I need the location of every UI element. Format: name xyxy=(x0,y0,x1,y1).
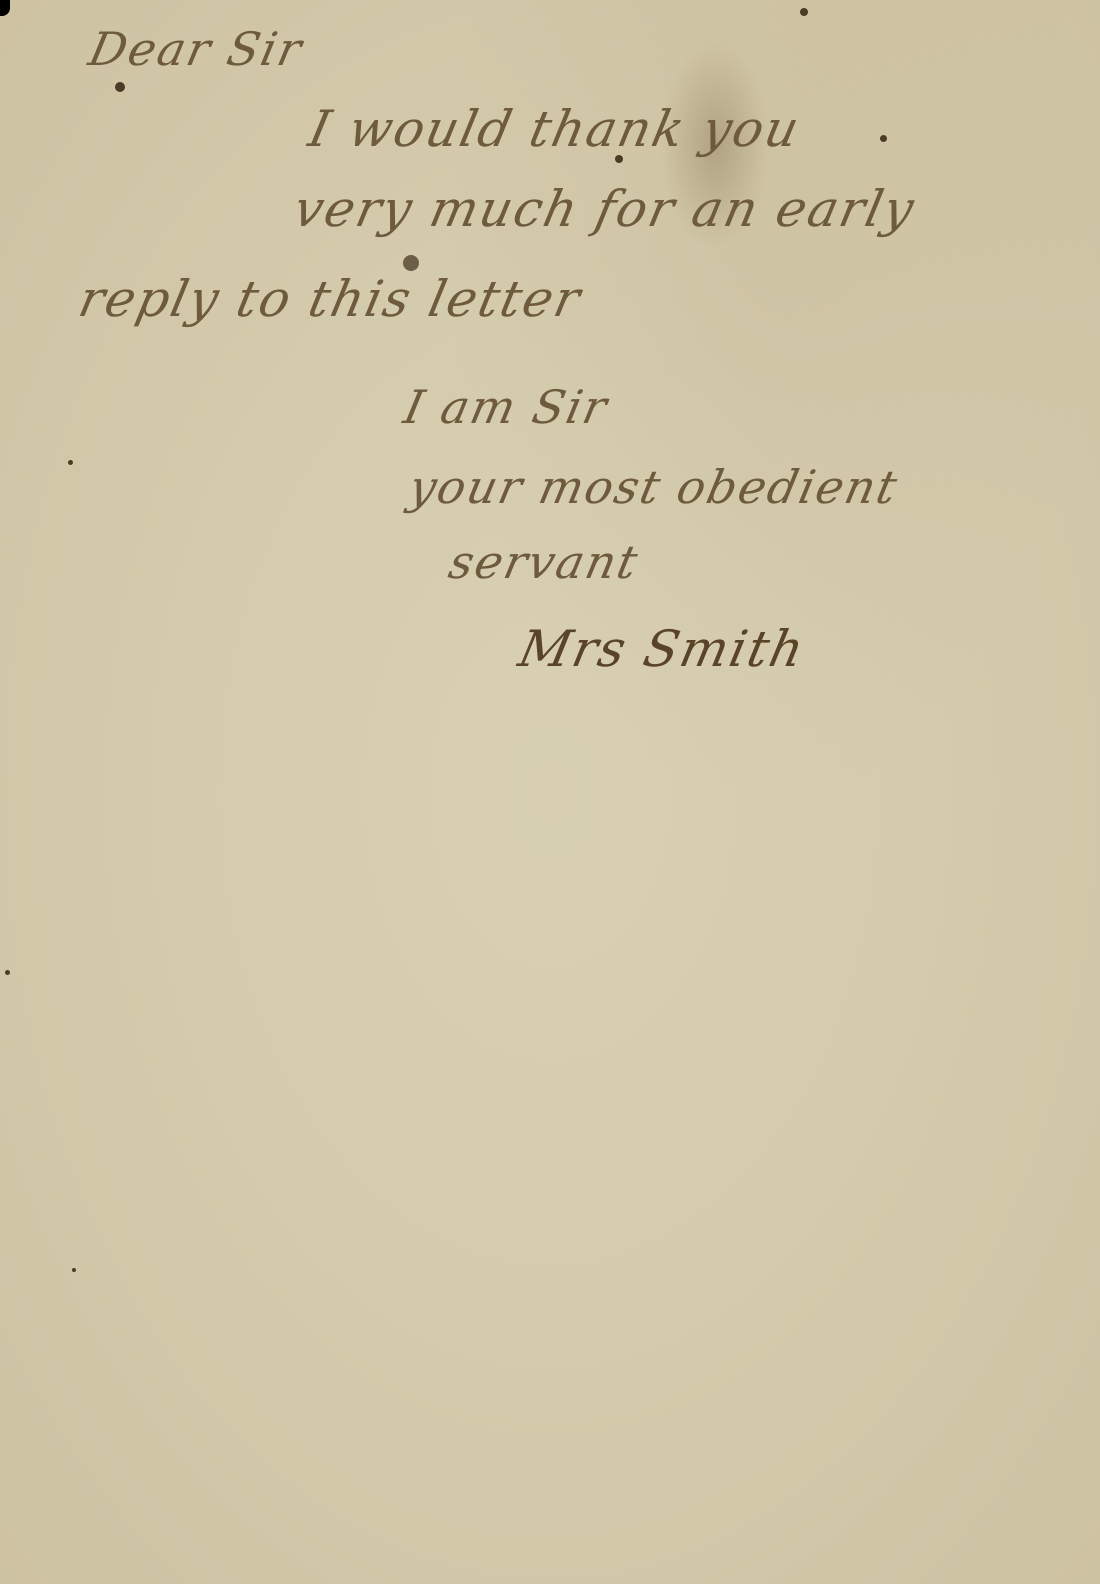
ink-spot xyxy=(72,1268,76,1272)
signature: Mrs Smith xyxy=(514,620,811,678)
edge-mark xyxy=(0,0,10,16)
ink-spot xyxy=(5,970,10,975)
letter-page: Dear Sir I would thank you very much for… xyxy=(0,0,1100,1584)
salutation: Dear Sir xyxy=(84,22,308,76)
ink-spot xyxy=(800,8,808,16)
body-line-3: reply to this letter xyxy=(74,270,587,328)
closing-line-3: servant xyxy=(444,535,644,589)
closing-line-1: I am Sir xyxy=(399,380,613,434)
body-line-1: I would thank you xyxy=(304,100,806,158)
closing-line-2: your most obedient xyxy=(404,460,903,514)
ink-spot xyxy=(403,255,419,271)
ink-spot xyxy=(880,135,887,142)
body-line-2: very much for an early xyxy=(289,180,921,238)
ink-spot xyxy=(68,460,73,465)
ink-spot xyxy=(115,82,125,92)
